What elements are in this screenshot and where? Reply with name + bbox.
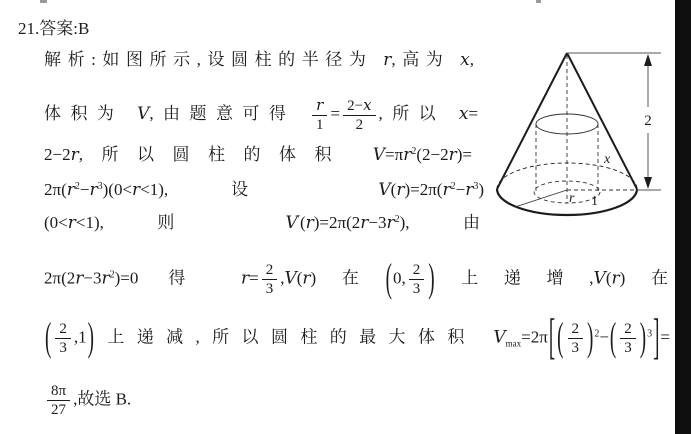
cylinder-height-label: x xyxy=(603,152,611,167)
cylinder-radius-label: r xyxy=(569,191,575,206)
cone-figure: 2 x r 1 xyxy=(485,35,685,240)
solution-line-8: 8π27,故选 B. xyxy=(44,383,131,418)
base-radius-label: 1 xyxy=(591,194,598,209)
scan-edge-strip xyxy=(675,0,691,434)
answer-line: 21.答案:B xyxy=(18,16,89,42)
solution-line-6: 2π(2r−3r2)=0 得 r=23,V(r)在(0,23)上递增,V(r)在 xyxy=(44,262,668,297)
scan-artifact xyxy=(536,0,541,3)
scan-artifact xyxy=(40,0,47,3)
inscribed-cylinder xyxy=(515,55,637,207)
solution-line-3: 2−2r,所以圆柱的体积 V=πr2(2−2r)= xyxy=(44,142,472,168)
solution-line-4: 2π(r2−r3)(0<r<1),设 V(r)=2π(r2−r3) xyxy=(44,177,484,203)
cone-height-label: 2 xyxy=(644,113,652,129)
solution-line-7: (23,1)上递减,所以圆柱的最大体积 Vmax=2π[(23)2−(23)3]… xyxy=(44,321,670,356)
solution-line-5: (0<r<1),则 V′(r)=2π(2r−3r2),由 xyxy=(44,210,480,236)
solution-line-1: 解析:如图所示,设圆柱的半径为 r,高为 x, xyxy=(44,47,474,73)
solution-line-2: 体积为 V,由题意可得 r1=2−x2,所以 x= xyxy=(44,97,478,133)
solution-page: 21.答案:B 解析:如图所示,设圆柱的半径为 r,高为 x, 体积为 V,由题… xyxy=(0,0,691,434)
